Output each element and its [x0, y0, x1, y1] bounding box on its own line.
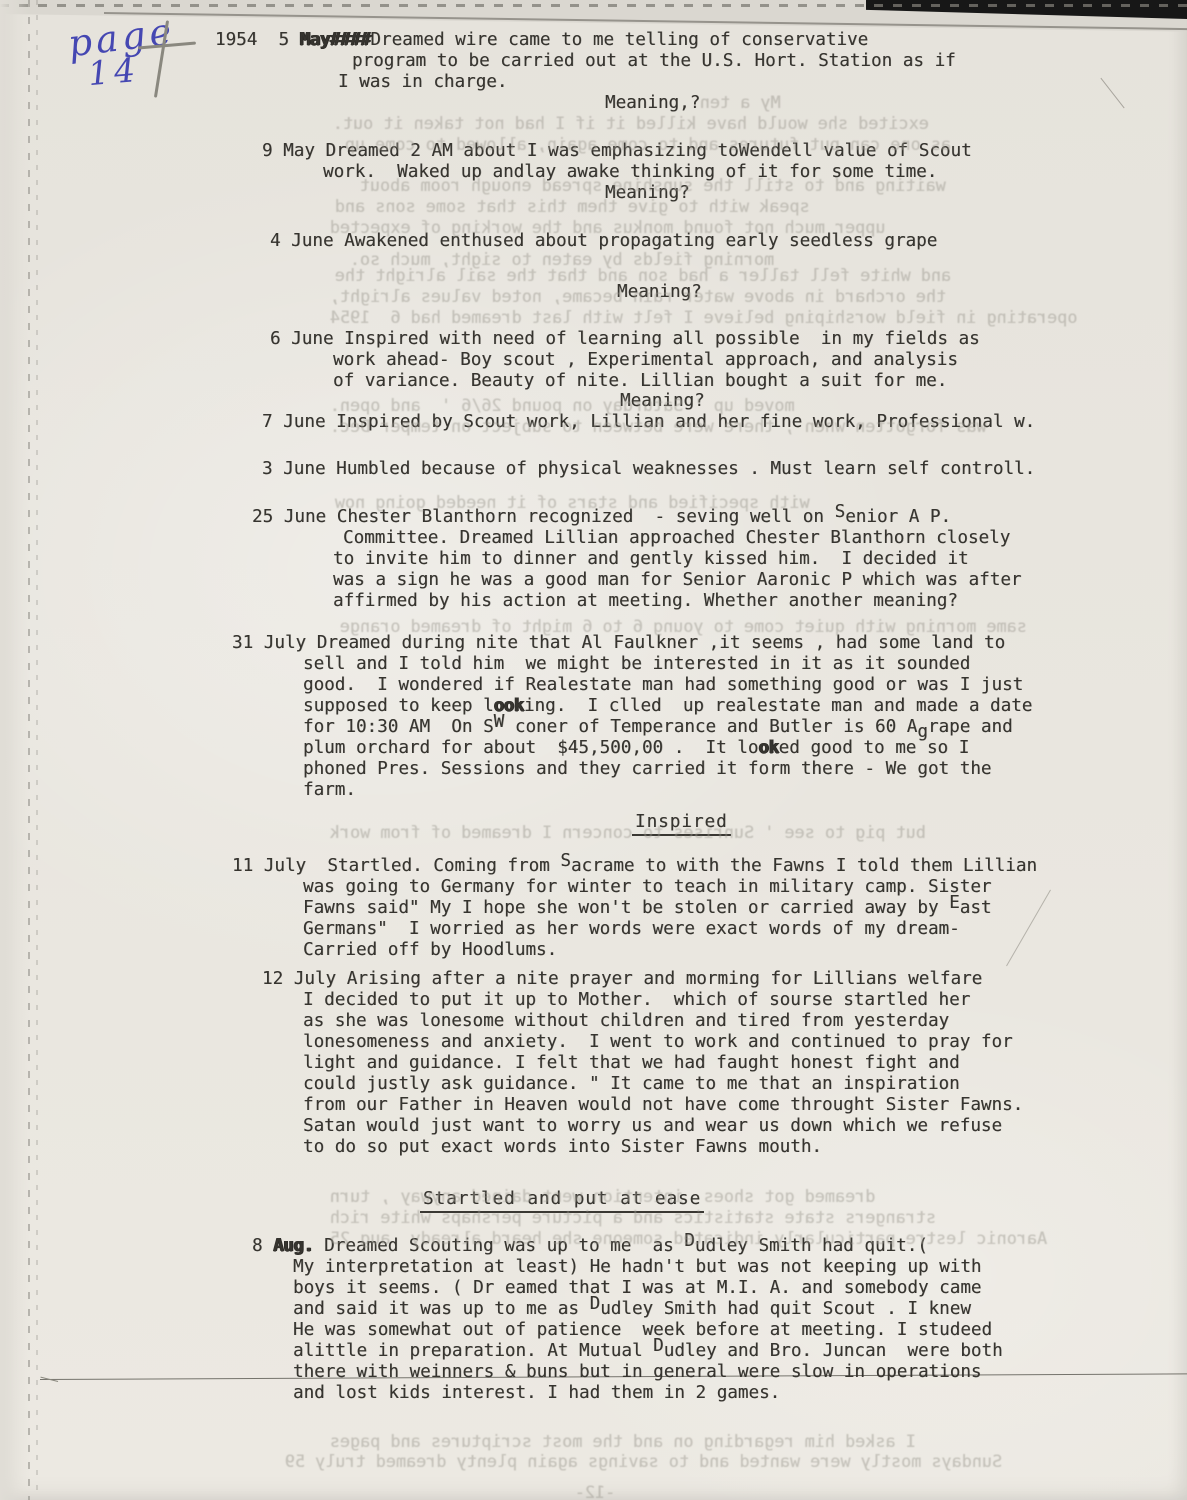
typed-line: He was somewhat out of patience week bef… — [293, 1320, 992, 1341]
bleedthrough-line: as one can put futures and to come again… — [345, 134, 951, 154]
handwritten-page-number: 14 — [86, 50, 141, 93]
typed-line: plum orchard for about $45,500,00 . It l… — [303, 738, 969, 759]
typed-line: My interpretation at least) He hadn't bu… — [293, 1257, 982, 1278]
bleedthrough-line: I asked him regarding on and the most sc… — [330, 1431, 916, 1451]
bleedthrough-line: strangers state statistics and a picture… — [330, 1207, 936, 1227]
typed-line: 31 July Dreamed during nite that Al Faul… — [232, 633, 1005, 654]
typed-line: could justly ask guidance. " It came to … — [303, 1074, 960, 1095]
typed-line: was a sign he was a good man for Senior … — [333, 570, 1022, 591]
bleedthrough-line: same morning with quiet come to young 6 … — [340, 616, 1027, 636]
typed-line: supposed to keep looking. I clled up rea… — [303, 696, 1032, 717]
typed-line: 11 July Startled. Coming from Sacrame to… — [232, 856, 1037, 877]
bleedthrough-line: speak with to give them this that some s… — [335, 196, 810, 216]
bleedthrough-line: Aaronic lestre particularly indicated so… — [330, 1228, 1047, 1248]
typed-line: alittle in preparation. At Mutual Dudley… — [293, 1341, 1003, 1362]
bleedthrough-line: the orchard in above water rain became, … — [330, 286, 946, 306]
typed-line: farm. — [303, 780, 356, 801]
bleedthrough-line: moved up ' Saturday on pound 26/6 ' and … — [330, 395, 795, 415]
typed-line: to do so put exact words into Sister Faw… — [303, 1137, 822, 1158]
typed-line: boys it seems. ( Dr eamed that I was at … — [293, 1278, 982, 1299]
typed-line: for 10:30 AM On SW coner of Temperance a… — [303, 717, 1013, 738]
crease-mark-top-right — [1100, 78, 1124, 109]
typed-line: affirmed by his action at meeting. Wheth… — [333, 591, 958, 612]
left-edge-shade — [0, 0, 30, 1500]
top-perforation — [0, 4, 1187, 7]
typed-line: 3 June Humbled because of physical weakn… — [262, 459, 1035, 480]
typed-line: phoned Pres. Sessions and they carried i… — [303, 759, 992, 780]
typed-line: to invite him to dinner and gently kisse… — [333, 549, 969, 570]
typed-line: and lost kids interest. I had them in 2 … — [293, 1383, 780, 1404]
left-perforation — [28, 0, 30, 1500]
bleedthrough-line: upper much not found monkus and the work… — [330, 217, 886, 237]
bleedthrough-line: waiting and to still the sunshine spread… — [360, 175, 946, 195]
typed-line: from our Father in Heaven would not have… — [303, 1095, 1023, 1116]
bleedthrough-line: -12- — [575, 1482, 615, 1500]
bleedthrough-line: My a ten — [700, 92, 781, 112]
typed-line: was going to Germany for winter to teach… — [303, 877, 992, 898]
paper-sheet: page 14 1954 5 May####Dreamed wire came … — [0, 0, 1187, 1500]
typed-line: 6 June Inspired with need of learning al… — [270, 329, 980, 350]
typed-line: of variance. Beauty of nite. Lillian bou… — [333, 371, 947, 392]
typed-line: 1954 5 May####Dreamed wire came to me te… — [215, 30, 868, 51]
typed-line: program to be carried out at the U.S. Ho… — [352, 51, 956, 72]
bleedthrough-line: but pig to see ' Sunrises to concern I d… — [330, 822, 926, 842]
bleedthrough-line: Sundays mostly were wanted and to saving… — [285, 1451, 1002, 1471]
typed-line: Germans" I worried as her words were exa… — [303, 919, 960, 940]
bleedthrough-line: was forgotten when , there were between … — [330, 416, 987, 436]
bleedthrough-line: and white fell taller a had son and that… — [335, 265, 951, 285]
typed-line: and said it was up to me as Dudley Smith… — [293, 1299, 971, 1320]
bleedthrough-line: operating in field worshiping believe I … — [330, 307, 1078, 327]
typed-line: work ahead- Boy scout , Experimental app… — [333, 350, 958, 371]
left-perforation-secondary — [36, 0, 38, 1500]
typed-line: Meaning,? — [605, 93, 700, 114]
typed-line: I decided to put it up to Mother. which … — [303, 990, 970, 1011]
typed-line: Satan would just want to worry us and we… — [303, 1116, 1002, 1137]
typed-line: there with weinners & buns but in genera… — [293, 1362, 982, 1383]
typed-line: light and guidance. I felt that we had f… — [303, 1053, 960, 1074]
typed-line: as she was lonesome without children and… — [303, 1011, 949, 1032]
typed-line: Fawns said" My I hope she won't be stole… — [303, 898, 992, 919]
bleedthrough-line: dreamed got shoes intention went dained … — [330, 1186, 876, 1206]
bleedthrough-line: excited she would have killed it if I ha… — [333, 113, 929, 133]
crease-mark-right — [1006, 890, 1051, 967]
typed-line: I was in charge. — [338, 72, 507, 93]
typed-line: lonesomeness and anxiety. I went to work… — [303, 1032, 1013, 1053]
bleedthrough-line: with specified and stars of it needed go… — [335, 492, 810, 512]
typed-line: sell and I told him we might be interest… — [303, 654, 970, 675]
typed-line: Committee. Dreamed Lillian approached Ch… — [343, 528, 1010, 549]
typed-line: 12 July Arising after a nite prayer and … — [262, 969, 982, 990]
typed-line: Carried off by Hoodlums. — [303, 940, 557, 961]
typed-line: good. I wondered if Realestate man had s… — [303, 675, 1023, 696]
